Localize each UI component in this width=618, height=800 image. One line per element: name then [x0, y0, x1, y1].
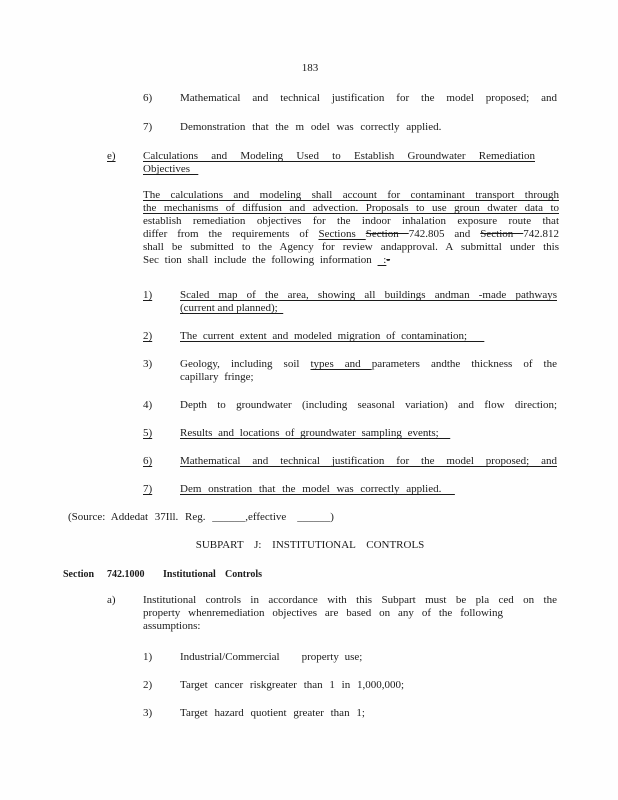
paragraph-line: shall be submitted to the Agency for rev…: [143, 241, 559, 254]
list-item-number: 2): [143, 330, 180, 343]
list-item: 3) Geology, including soil types and par…: [143, 358, 557, 384]
list-item-text: Scaled map of the area, showing all buil…: [180, 289, 557, 315]
section-header-word: 742.1000: [107, 568, 163, 581]
document-page: 183 6) Mathematical and technical justif…: [0, 0, 618, 800]
list-item-text: Depth to groundwater (including seasonal…: [180, 399, 557, 412]
list-item: 5) Results and locations of groundwater …: [143, 427, 557, 440]
list-item: 6) Mathematical and technical justificat…: [143, 455, 557, 468]
list-item-text: Target hazard quotient greater than 1;: [180, 707, 557, 720]
list-item-number: 3): [143, 358, 180, 384]
list-item: 3) Target hazard quotient greater than 1…: [143, 707, 557, 720]
heading-line: Objectives: [143, 163, 198, 175]
list-item-number: 7): [143, 121, 180, 134]
list-item-text: Mathematical and technical justification…: [180, 455, 557, 468]
list-item: 1) Industrial/Commercial property use;: [143, 651, 557, 664]
paragraph-line: establish remediation objectives for the…: [143, 215, 559, 228]
section-header-word: Controls: [225, 568, 262, 581]
section-header-word: Institutional: [163, 568, 225, 581]
page-number: 183: [63, 62, 557, 75]
subsection-label: e): [107, 150, 143, 176]
list-item: 2) Target cancer riskgreater than 1 in 1…: [143, 679, 557, 692]
list-item-number: 6): [143, 455, 180, 468]
paragraph-line: the mechanisms of diffusion and advectio…: [143, 202, 559, 215]
heading-line: Calculations and Modeling Used to Establ…: [143, 150, 535, 162]
subsection-e-paragraph: The calculations and modeling shall acco…: [143, 189, 559, 267]
paragraph-line: property whenremediation objectives are …: [143, 607, 503, 620]
subsection-paragraph-text: Institutional controls in accordance wit…: [143, 594, 557, 633]
paragraph-line: Institutional controls in accordance wit…: [143, 594, 557, 607]
list-item-text: Demonstration that the m odel was correc…: [180, 121, 557, 134]
subsection-e-heading: e) Calculations and Modeling Used to Est…: [107, 150, 557, 176]
paragraph-line: Sec tion shall include the following inf…: [143, 254, 559, 267]
subpart-heading: SUBPART J: INSTITUTIONAL CONTROLS: [63, 539, 557, 552]
deleted-text: Section: [366, 228, 409, 240]
list-item: 2) The current extent and modeled migrat…: [143, 330, 557, 343]
section-header-word: Section: [63, 568, 107, 581]
section-header: Section742.1000InstitutionalControls: [63, 568, 557, 581]
list-item: 4) Depth to groundwater (including seaso…: [143, 399, 557, 412]
list-item-number: 3): [143, 707, 180, 720]
source-line: (Source: Addedat 37Ill. Reg. ______,effe…: [68, 511, 557, 524]
list-item-text: Geology, including soil types and parame…: [180, 358, 557, 384]
deleted-text: Section: [480, 228, 523, 240]
list-item-text: Industrial/Commercial property use;: [180, 651, 557, 664]
list-item-number: 4): [143, 399, 180, 412]
list-item-number: 6): [143, 92, 180, 105]
list-item: 6) Mathematical and technical justificat…: [143, 92, 557, 105]
inserted-text: types and: [311, 358, 372, 370]
subsection-a-paragraph: a) Institutional controls in accordance …: [107, 594, 557, 633]
list-item-text: Dem onstration that the model was correc…: [180, 483, 557, 496]
list-item-number: 1): [143, 651, 180, 664]
list-item-number: 2): [143, 679, 180, 692]
list-item-text: Target cancer riskgreater than 1 in 1,00…: [180, 679, 557, 692]
list-item-text: The current extent and modeled migration…: [180, 330, 557, 343]
list-item: 7) Dem onstration that the model was cor…: [143, 483, 557, 496]
list-item-text: Results and locations of groundwater sam…: [180, 427, 557, 440]
list-item-number: 7): [143, 483, 180, 496]
list-item-number: 1): [143, 289, 180, 315]
subsection-label: a): [107, 594, 143, 633]
deleted-text: -: [386, 254, 390, 266]
inserted-text: Sections: [318, 228, 365, 240]
list-item: 1) Scaled map of the area, showing all b…: [143, 289, 557, 315]
list-item-number: 5): [143, 427, 180, 440]
list-item-text: Mathematical and technical justification…: [180, 92, 557, 105]
subsection-heading-text: Calculations and Modeling Used to Establ…: [143, 150, 535, 176]
paragraph-line: assumptions:: [143, 620, 557, 633]
paragraph-line: The calculations and modeling shall acco…: [143, 189, 559, 202]
paragraph-line: differ from the requirements of Sections…: [143, 228, 559, 241]
list-item: 7) Demonstration that the m odel was cor…: [143, 121, 557, 134]
